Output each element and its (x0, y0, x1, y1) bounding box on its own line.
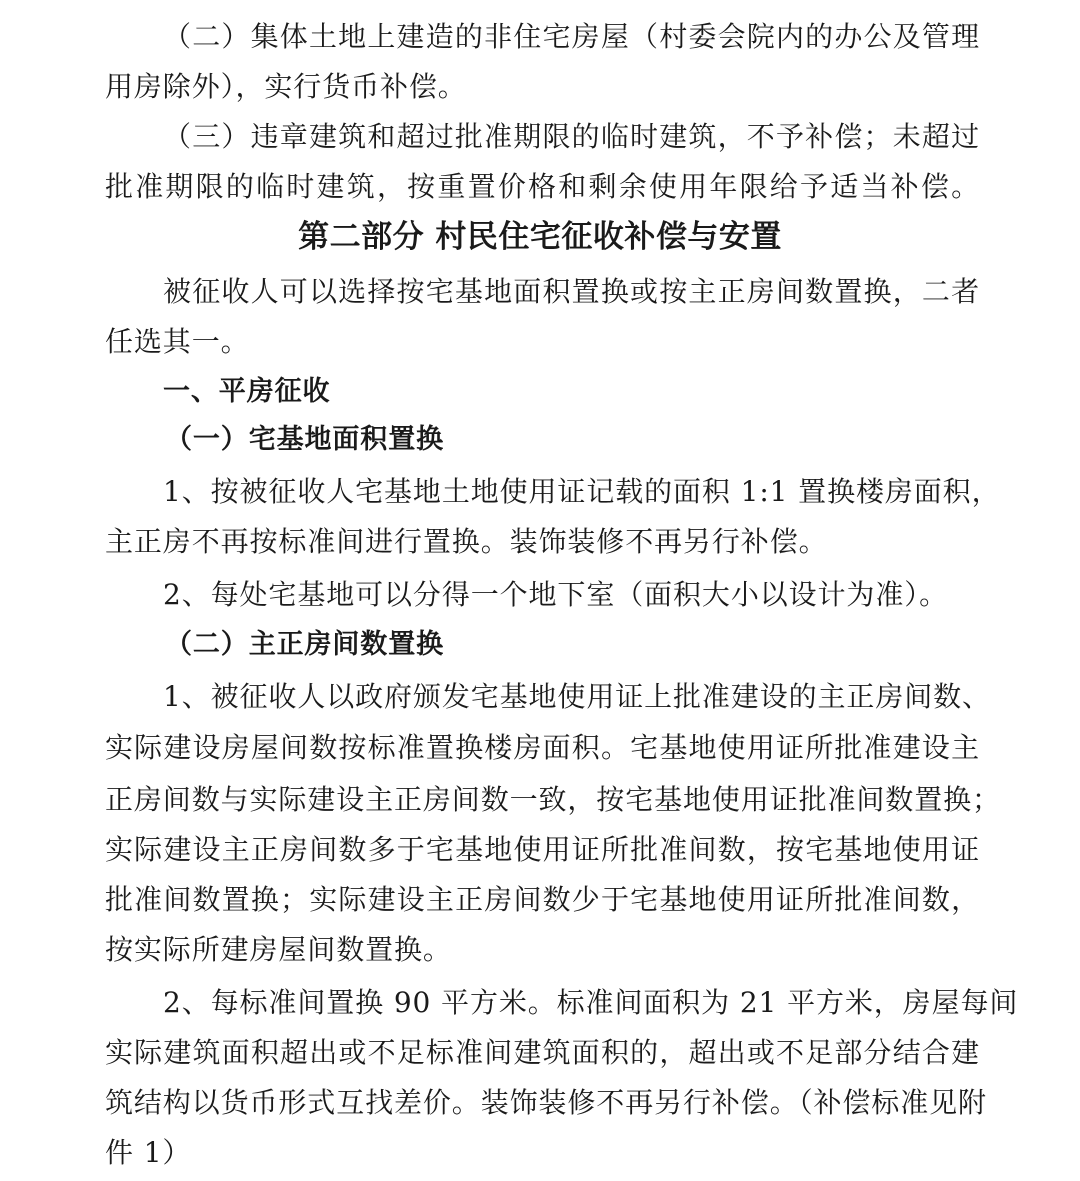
paragraph-line-area-rule-2: 主正房不再按标准间进行置换。装饰装修不再另行补偿。 (105, 522, 980, 562)
paragraph-line-room-rule-1: 1、被征收人以政府颁发宅基地使用证上批准建设的主正房间数、 (163, 677, 980, 717)
paragraph-line-standard-room-2: 实际建筑面积超出或不足标准间建筑面积的，超出或不足部分结合建 (105, 1033, 980, 1073)
paragraph-line-illegal-buildings-1: （三）违章建筑和超过批准期限的临时建筑，不予补偿；未超过 (163, 117, 980, 157)
paragraph-line-standard-room-1: 2、每标准间置换 90 平方米。标准间面积为 21 平方米，房屋每间 (163, 983, 980, 1023)
paragraph-line-room-rule-4: 实际建设主正房间数多于宅基地使用证所批准间数，按宅基地使用证 (105, 830, 980, 870)
heading-bungalow-expropriation: 一、平房征收 (163, 372, 763, 412)
paragraph-line-room-rule-6: 按实际所建房屋间数置换。 (105, 930, 980, 970)
paragraph-line-standard-room-3: 筑结构以货币形式互找差价。装饰装修不再另行补偿。（补偿标准见附 (105, 1083, 980, 1123)
heading-room-count-replacement: （二）主正房间数置换 (165, 625, 765, 665)
paragraph-line-non-residential-1: （二）集体土地上建造的非住宅房屋（村委会院内的办公及管理 (163, 17, 980, 57)
paragraph-line-area-rule-1: 1、按被征收人宅基地土地使用证记载的面积 1:1 置换楼房面积， (163, 472, 980, 512)
paragraph-line-basement-rule: 2、每处宅基地可以分得一个地下室（面积大小以设计为准）。 (163, 575, 980, 615)
paragraph-line-room-rule-3: 正房间数与实际建设主正房间数一致，按宅基地使用证批准间数置换； (105, 780, 980, 820)
paragraph-line-room-rule-2: 实际建设房屋间数按标准置换楼房面积。宅基地使用证所批准建设主 (105, 728, 980, 768)
section-title-part-two: 第二部分 村民住宅征收补偿与安置 (0, 217, 1080, 257)
paragraph-line-illegal-buildings-2: 批准期限的临时建筑，按重置价格和剩余使用年限给予适当补偿。 (105, 167, 980, 207)
paragraph-line-non-residential-2: 用房除外），实行货币补偿。 (105, 67, 980, 107)
paragraph-line-standard-room-4: 件 1） (105, 1133, 980, 1173)
paragraph-line-choice-1: 被征收人可以选择按宅基地面积置换或按主正房间数置换，二者 (163, 272, 980, 312)
paragraph-line-room-rule-5: 批准间数置换；实际建设主正房间数少于宅基地使用证所批准间数， (105, 880, 980, 920)
document-page: （二）集体土地上建造的非住宅房屋（村委会院内的办公及管理 用房除外），实行货币补… (0, 0, 1080, 1181)
paragraph-line-choice-2: 任选其一。 (105, 322, 980, 362)
heading-homestead-area-replacement: （一）宅基地面积置换 (165, 420, 765, 460)
